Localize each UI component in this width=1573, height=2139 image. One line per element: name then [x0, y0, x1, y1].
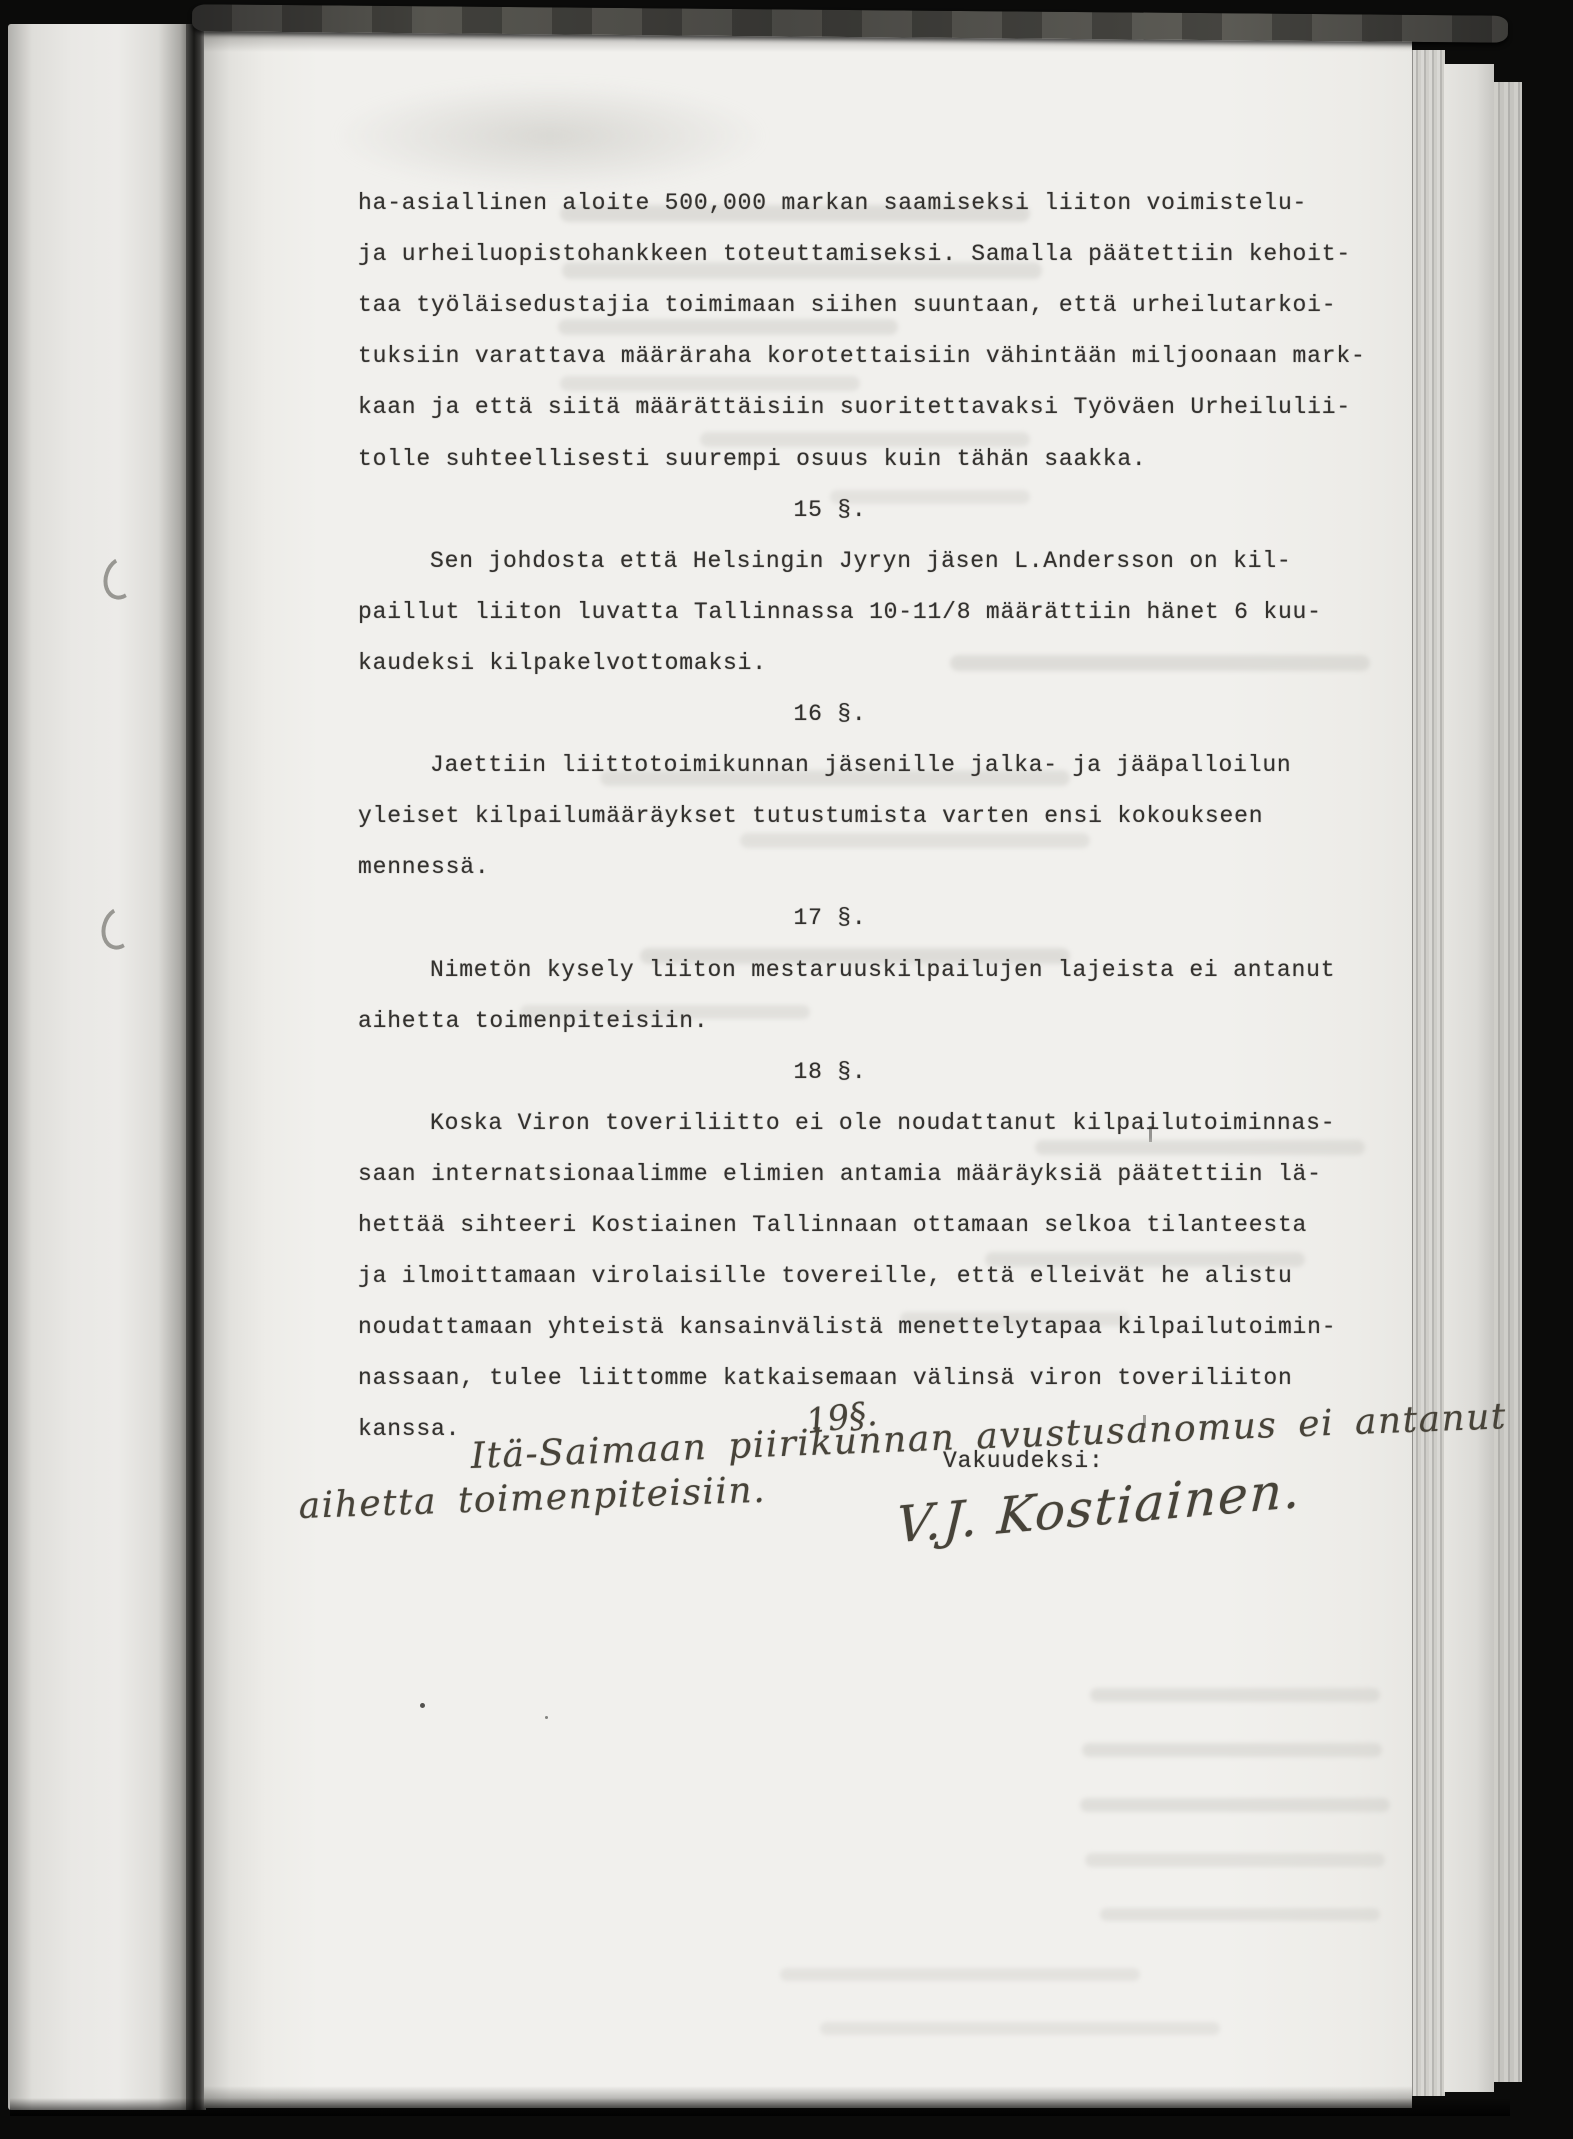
section-heading: 18 §. [700, 1059, 960, 1085]
bleedthrough-text [740, 833, 1090, 848]
bleedthrough-text [558, 319, 898, 335]
section-heading: 16 §. [700, 701, 960, 727]
typed-line: nassaan, tulee liittomme katkaisemaan vä… [358, 1365, 1293, 1391]
section-heading: 17 §. [700, 905, 960, 931]
typed-line: taa työläisedustajia toimimaan siihen su… [358, 292, 1336, 318]
typed-line: aihetta toimenpiteisiin. [358, 1008, 708, 1034]
bleedthrough-text [1080, 1798, 1390, 1812]
underlying-page-edge [1444, 64, 1494, 2092]
typed-line: kaudeksi kilpakelvottomaksi. [358, 650, 767, 676]
bleedthrough-text [1090, 1688, 1380, 1702]
typed-line: ja ilmoittamaan virolaisille tovereille,… [358, 1263, 1293, 1289]
book-scan: ha-asiallinen aloite 500,000 markan saam… [0, 0, 1573, 2139]
typed-line: mennessä. [358, 854, 489, 880]
typed-line: kanssa. [358, 1416, 460, 1442]
bottom-edge-shadow [10, 2098, 1510, 2116]
typed-line: ja urheiluopistohankkeen toteuttamiseksi… [358, 241, 1351, 267]
ink-speck [420, 1703, 425, 1708]
typed-line: Koska Viron toveriliitto ei ole noudatta… [430, 1110, 1335, 1136]
page-edge-stack [1412, 50, 1445, 2096]
typed-line: tuksiin varattava määräraha korotettaisi… [358, 343, 1366, 369]
typed-line: kaan ja että siitä määrättäisiin suorite… [358, 394, 1351, 420]
typed-line: tolle suhteellisesti suurempi osuus kuin… [358, 446, 1147, 472]
left-blank-page [8, 24, 190, 2110]
typed-line: Nimetön kysely liiton mestaruuskilpailuj… [430, 957, 1335, 983]
bleedthrough-text [1082, 1743, 1382, 1757]
typed-line: noudattamaan yhteistä kansainvälistä men… [358, 1314, 1336, 1340]
typed-line: Jaettiin liittotoimikunnan jäsenille jal… [430, 752, 1292, 778]
bleedthrough-text [1100, 1908, 1380, 1921]
bleedthrough-text [820, 2022, 1220, 2035]
ink-speck [545, 1716, 548, 1719]
typed-line: paillut liiton luvatta Tallinnassa 10-11… [358, 599, 1322, 625]
page-edge-stack [1494, 82, 1522, 2082]
bleedthrough-text [1085, 1853, 1385, 1867]
typed-line: yleiset kilpailumääräykset tutustumista … [358, 803, 1263, 829]
typed-line: ha-asiallinen aloite 500,000 markan saam… [358, 190, 1307, 216]
typed-line: Sen johdosta että Helsingin Jyryn jäsen … [430, 548, 1292, 574]
bleedthrough-text [950, 655, 1370, 671]
bleedthrough-text [560, 376, 860, 391]
section-heading: 15 §. [700, 497, 960, 523]
bleedthrough-text [780, 1968, 1140, 1981]
typed-line: saan internatsionaalimme elimien antamia… [358, 1161, 1322, 1187]
book-gutter [186, 24, 206, 2110]
bleedthrough-text [1035, 1140, 1365, 1155]
bleedthrough-watermark [335, 82, 765, 190]
typed-line: hettää sihteeri Kostiainen Tallinnaan ot… [358, 1212, 1307, 1238]
